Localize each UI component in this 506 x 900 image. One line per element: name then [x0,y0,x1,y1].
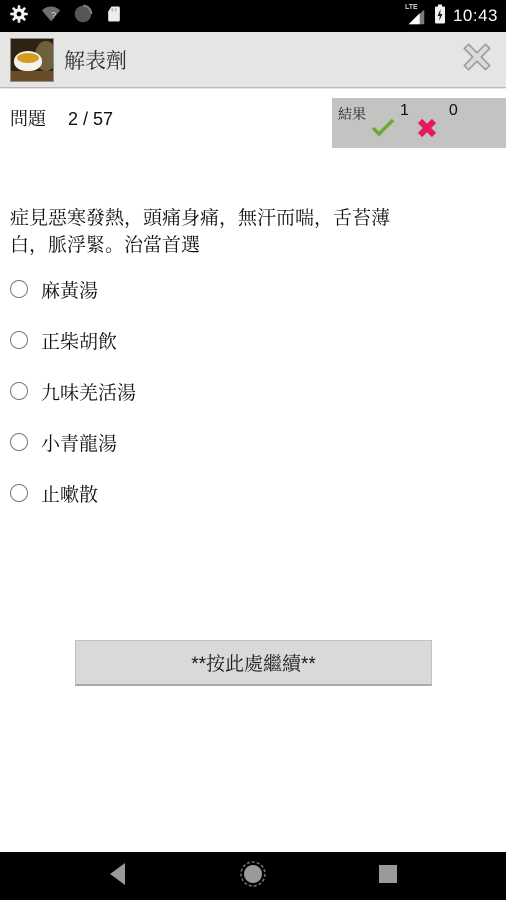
radio-button[interactable] [10,433,28,451]
back-button[interactable] [100,858,136,894]
status-icons-left: ? [8,2,124,31]
app-screen: ? LTE [0,0,506,900]
home-icon [239,860,267,893]
settings-icon [8,2,30,31]
question-progress-row: 問題2 / 57 結果 1 [0,89,506,149]
radio-button[interactable] [10,331,28,349]
close-button[interactable] [458,41,496,79]
signal-triangle-icon: LTE [405,4,427,28]
question-number: 2 / 57 [68,109,113,129]
recents-button[interactable] [370,858,406,894]
status-bar: ? LTE [0,0,506,32]
back-icon [106,861,130,892]
radio-button[interactable] [10,280,28,298]
option-label: 止嗽散 [41,480,98,507]
option-row-4[interactable]: 小青龍湯 [10,432,506,452]
clock: 10:43 [453,6,498,26]
option-row-2[interactable]: 正柴胡飲 [10,330,506,350]
correct-count: 1 [400,102,409,120]
option-row-5[interactable]: 止嗽散 [10,483,506,503]
correct-check-icon [370,118,396,143]
recents-icon [377,863,399,890]
radio-button[interactable] [10,382,28,400]
quiz-content: 問題2 / 57 結果 1 [0,89,506,852]
radio-button[interactable] [10,484,28,502]
option-label: 麻黃湯 [41,276,98,303]
continue-button[interactable]: **按此處繼續** [75,640,432,686]
home-button[interactable] [235,858,271,894]
status-circle-icon [72,2,94,31]
wrong-count: 0 [449,102,458,120]
tea-cup-thumbnail [10,38,54,82]
option-label: 小青龍湯 [41,429,117,456]
option-label: 正柴胡飲 [41,327,117,354]
wrong-x-icon [417,118,437,143]
android-nav-bar [0,852,506,900]
svg-text:?: ? [51,10,56,20]
question-progress: 問題2 / 57 [10,105,113,131]
status-icons-right: LTE 10:43 [405,2,498,31]
wifi-question-icon: ? [40,2,62,31]
results-box: 結果 1 0 [332,98,506,148]
battery-charging-icon [433,2,447,31]
question-label: 問題 [10,109,46,129]
options-list: 麻黃湯 正柴胡飲 九味羌活湯 小青龍湯 止嗽散 [0,279,506,503]
network-type-label: LTE [405,4,418,11]
page-title: 解表劑 [64,45,127,75]
question-text: 症見惡寒發熱，頭痛身痛，無汗而喘，舌苔薄白，脈浮緊。治當首選 [10,205,392,259]
option-row-1[interactable]: 麻黃湯 [10,279,506,299]
header-bar: 解表劑 [0,32,506,88]
option-row-3[interactable]: 九味羌活湯 [10,381,506,401]
results-label: 結果 [338,104,366,124]
sd-card-icon [104,2,124,31]
close-icon [459,39,495,80]
option-label: 九味羌活湯 [41,378,136,405]
